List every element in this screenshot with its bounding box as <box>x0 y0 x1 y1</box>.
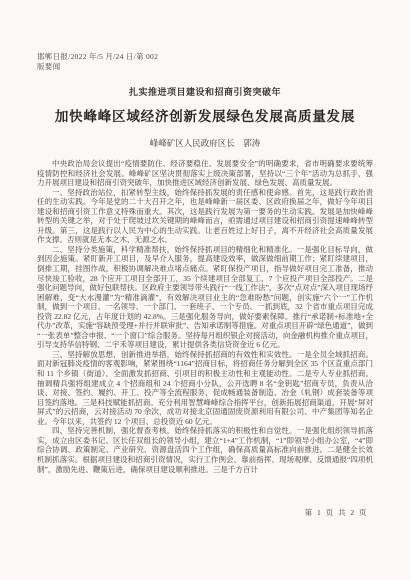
body-paragraph: 中央政治局会议提出“疫情要防住、经济要稳住、发展要安全”的明确要求，省市明确要求… <box>37 159 373 188</box>
masthead-source-date: 邯郸日报/2022 年/5 月/24 日/第 002 <box>37 52 373 62</box>
body-paragraph: 四、坚持完善机制，强化督查考核，始终保持抓落实的积极性和自觉性。一是强化组织领导… <box>37 426 373 474</box>
masthead: 邯郸日报/2022 年/5 月/24 日/第 002 版要闻 <box>37 52 373 72</box>
page-number-indicator: 第 1 页 共 2 页 <box>305 507 368 518</box>
article-headline: 加快峰峰区域经济创新发展绿色发展高质量发展 <box>37 105 373 125</box>
article-byline: 峰峰矿区人民政府区长 郭涛 <box>37 137 373 149</box>
masthead-section: 版要闻 <box>37 62 373 72</box>
article-kicker: 扎实推进项目建设和招商引资突破年 <box>37 85 373 98</box>
article-body: 中央政治局会议提出“疫情要防住、经济要稳住、发展要安全”的明确要求，省市明确要求… <box>37 159 373 474</box>
body-paragraph: 三、坚持解放思想，创新推进举措，始终保持抓招商的有效性和实效性。一是全员全域抓招… <box>37 350 373 426</box>
body-paragraph: 一、坚持政治站位，扣紧转型主线，始终保持抓发展的责任感和使命感。首先，这是践行政… <box>37 188 373 245</box>
newspaper-document-page: 邯郸日报/2022 年/5 月/24 日/第 002 版要闻 扎实推进项目建设和… <box>0 0 410 580</box>
body-paragraph: 二、坚持分类施策，科学精准帮扶，始终保持抓项目的精细化和精准化。一是强化目标导向… <box>37 245 373 350</box>
